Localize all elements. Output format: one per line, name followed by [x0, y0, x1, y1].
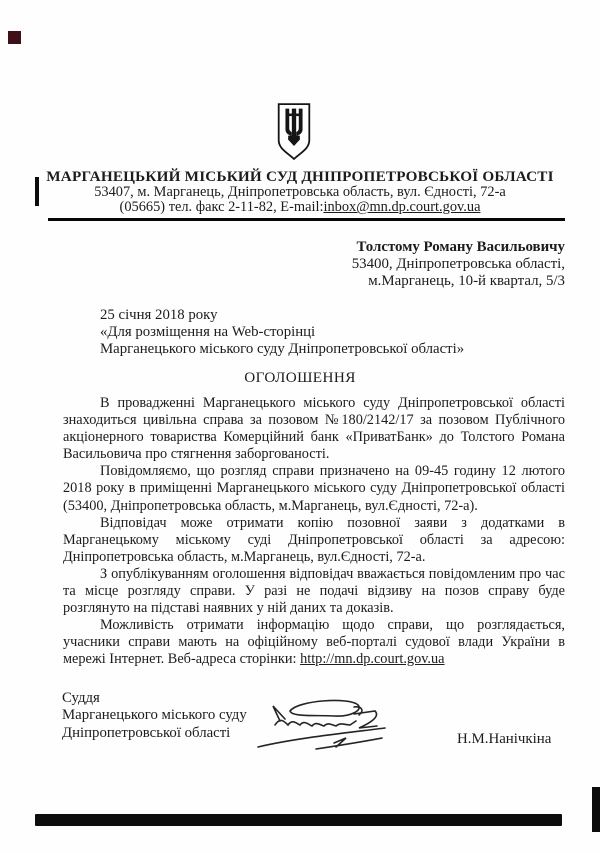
court-email: inbox@mn.dp.court.gov.ua	[323, 199, 480, 215]
paragraph-web-info: Можливість отримати інформацію щодо спра…	[63, 617, 565, 668]
date-purpose-block: 25 січня 2018 року «Для розміщення на We…	[100, 307, 464, 359]
coat-of-arms-ukraine-icon	[276, 102, 312, 162]
signer-title-block: Суддя Марганецького міського суду Дніпро…	[62, 690, 247, 742]
document-date: 25 січня 2018 року	[100, 307, 464, 324]
contacts-prefix: (05665) тел. факс 2-11-82, E-mail:	[120, 199, 324, 215]
signer-role: Суддя	[62, 690, 247, 707]
scan-artifact-right-edge	[592, 787, 600, 832]
purpose-line1: «Для розміщення на Web-сторінці	[100, 324, 464, 341]
scanned-court-letter: МАРГАНЕЦЬКИЙ МІСЬКИЙ СУД ДНІПРОПЕТРОВСЬК…	[0, 0, 600, 853]
judge-name: Н.М.Нанічкіна	[457, 731, 551, 748]
recipient-name: Толстому Роману Васильовичу	[352, 239, 565, 256]
scan-artifact-bottom-bar	[35, 814, 562, 826]
purpose-line2: Марганецького міського суду Дніпропетров…	[100, 341, 464, 358]
signer-court-line2: Дніпропетровської області	[62, 725, 247, 742]
signer-court-line1: Марганецького міського суду	[62, 707, 247, 724]
paragraph-hearing-info: Повідомляємо, що розгляд справи призначе…	[63, 463, 565, 514]
court-name: МАРГАНЕЦЬКИЙ МІСЬКИЙ СУД ДНІПРОПЕТРОВСЬК…	[0, 169, 600, 185]
letterhead: МАРГАНЕЦЬКИЙ МІСЬКИЙ СУД ДНІПРОПЕТРОВСЬК…	[0, 169, 600, 216]
court-web-url: http://mn.dp.court.gov.ua	[300, 651, 444, 667]
court-contacts: (05665) тел. факс 2-11-82, E-mail:inbox@…	[0, 200, 600, 216]
recipient-address-line1: 53400, Дніпропетровська області,	[352, 256, 565, 273]
letterhead-divider	[48, 218, 565, 221]
paragraph-notice-info: З опублікуванням оголошення відповідач в…	[63, 566, 565, 617]
document-body: В провадженні Марганецького міського суд…	[63, 395, 565, 669]
handwritten-signature	[254, 694, 392, 760]
recipient-block: Толстому Роману Васильовичу 53400, Дніпр…	[352, 239, 565, 291]
scan-artifact-corner	[8, 31, 21, 44]
recipient-address-line2: м.Марганець, 10-й квартал, 5/3	[352, 273, 565, 290]
court-address: 53407, м. Марганець, Дніпропетровська об…	[0, 185, 600, 201]
paragraph-case-info: В провадженні Марганецького міського суд…	[63, 395, 565, 463]
document-title: ОГОЛОШЕННЯ	[0, 369, 600, 387]
paragraph-copy-info: Відповідач може отримати копію позовної …	[63, 515, 565, 566]
